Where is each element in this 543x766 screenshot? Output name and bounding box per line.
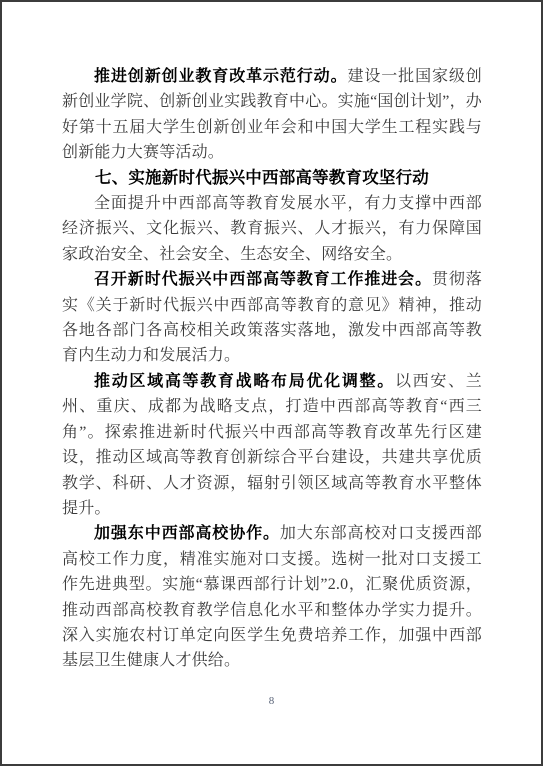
paragraph-lead: 召开新时代振兴中西部高等教育工作推进会。 (94, 271, 432, 288)
document-page: 推进创新创业教育改革示范行动。建设一批国家级创新创业学院、创新创业实践教育中心。… (0, 0, 543, 766)
paragraph-text: 以西安、兰州、重庆、成都为战略支点，打造中西部高等教育“西三角”。探索推进新时代… (62, 373, 482, 517)
document-body: 推进创新创业教育改革示范行动。建设一批国家级创新创业学院、创新创业实践教育中心。… (62, 64, 482, 674)
paragraph: 全面提升中西部高等教育发展水平，有力支撑中西部经济振兴、文化振兴、教育振兴、人才… (62, 191, 482, 267)
paragraph-text: 全面提升中西部高等教育发展水平，有力支撑中西部经济振兴、文化振兴、教育振兴、人才… (62, 195, 482, 263)
paragraph: 推进创新创业教育改革示范行动。建设一批国家级创新创业学院、创新创业实践教育中心。… (62, 64, 482, 166)
paragraph: 召开新时代振兴中西部高等教育工作推进会。贯彻落实《关于新时代振兴中西部高等教育的… (62, 267, 482, 369)
paragraph: 推动区域高等教育战略布局优化调整。以西安、兰州、重庆、成都为战略支点，打造中西部… (62, 369, 482, 521)
paragraph-lead: 加强东中西部高校协作。 (94, 525, 280, 542)
paragraph: 加强东中西部高校协作。加大东部高校对口支援西部高校工作力度，精准实施对口支援。选… (62, 521, 482, 673)
paragraph-lead: 推动区域高等教育战略布局优化调整。 (94, 373, 395, 390)
section-heading: 七、实施新时代振兴中西部高等教育攻坚行动 (62, 166, 482, 191)
paragraph-text: 加大东部高校对口支援西部高校工作力度，精准实施对口支援。选树一批对口支援工作先进… (62, 525, 482, 669)
paragraph-lead: 推进创新创业教育改革示范行动。 (94, 68, 347, 85)
page-number: 8 (2, 694, 541, 708)
